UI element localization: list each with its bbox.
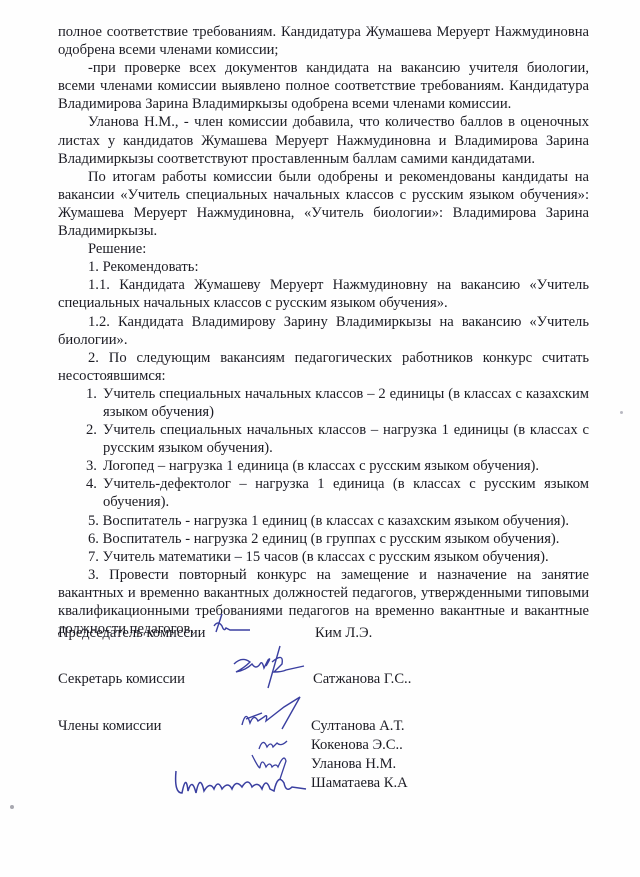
chair-name: Ким Л.Э. xyxy=(315,624,372,642)
paragraph-results: По итогам работы комиссии были одобрены … xyxy=(58,168,589,240)
list-text: Воспитатель - нагрузка 1 единиц (в класс… xyxy=(103,513,569,529)
list-text: Учитель специальных начальных классов – … xyxy=(103,386,589,420)
member-name-4: Шаматаева К.А xyxy=(311,774,408,792)
paragraph-candidate-1-approval: полное соответствие требованиям. Кандида… xyxy=(58,23,589,59)
list-item: 4. Учитель-дефектолог – нагрузка 1 едини… xyxy=(58,475,589,511)
paragraph-biology-check: -при проверке всех документов кандидата … xyxy=(58,59,589,113)
list-text: Учитель математики – 15 часов (в классах… xyxy=(103,549,549,565)
chair-role: Председатель комиссии xyxy=(58,624,205,642)
paragraph-ulanova-note: Уланова Н.М., - член комиссии добавила, … xyxy=(58,113,589,167)
list-item: 6. Воспитатель - нагрузка 2 единиц (в гр… xyxy=(58,530,589,548)
list-item: 1. Учитель специальных начальных классов… xyxy=(58,385,589,421)
members-role: Члены комиссии xyxy=(58,717,162,735)
decision-item-1: 1. Рекомендовать: xyxy=(58,258,589,276)
list-number: 1. xyxy=(86,385,97,403)
member-name-2: Кокенова Э.С.. xyxy=(311,736,403,754)
list-number: 7. xyxy=(88,549,99,565)
list-item: 5. Воспитатель - нагрузка 1 единиц (в кл… xyxy=(58,512,589,530)
list-text: Учитель-дефектолог – нагрузка 1 единица … xyxy=(103,476,589,510)
document-page: полное соответствие требованиям. Кандида… xyxy=(0,0,640,877)
decision-item-1-1: 1.1. Кандидата Жумашеву Меруерт Нажмудин… xyxy=(58,276,589,312)
secretary-name: Сатжанова Г.С.. xyxy=(313,670,411,688)
list-number: 6. xyxy=(88,531,99,547)
list-item: 7. Учитель математики – 15 часов (в клас… xyxy=(58,548,589,566)
secretary-signature-icon xyxy=(228,642,308,692)
member-name-1: Султанова А.Т. xyxy=(311,717,405,735)
chair-signature-icon xyxy=(208,610,258,640)
scan-speck xyxy=(620,411,623,414)
list-number: 2. xyxy=(86,421,97,439)
member-4-signature-icon xyxy=(170,763,310,803)
decision-item-2: 2. По следующим вакансиям педагогических… xyxy=(58,349,589,385)
list-number: 5. xyxy=(88,513,99,529)
failed-vacancies-list: 1. Учитель специальных начальных классов… xyxy=(58,385,589,566)
document-body: полное соответствие требованиям. Кандида… xyxy=(58,23,589,638)
list-text: Логопед – нагрузка 1 единица (в классах … xyxy=(103,458,539,474)
list-text: Воспитатель - нагрузка 2 единиц (в групп… xyxy=(103,531,560,547)
list-number: 3. xyxy=(86,457,97,475)
scan-speck xyxy=(10,805,14,809)
member-name-3: Уланова Н.М. xyxy=(311,755,396,773)
decision-item-1-2: 1.2. Кандидата Владимирову Зарину Владим… xyxy=(58,313,589,349)
decision-heading: Решение: xyxy=(58,240,589,258)
list-text: Учитель специальных начальных классов – … xyxy=(103,422,589,456)
list-item: 2. Учитель специальных начальных классов… xyxy=(58,421,589,457)
list-number: 4. xyxy=(86,475,97,493)
list-item: 3. Логопед – нагрузка 1 единица (в класс… xyxy=(58,457,589,475)
secretary-role: Секретарь комиссии xyxy=(58,670,185,688)
